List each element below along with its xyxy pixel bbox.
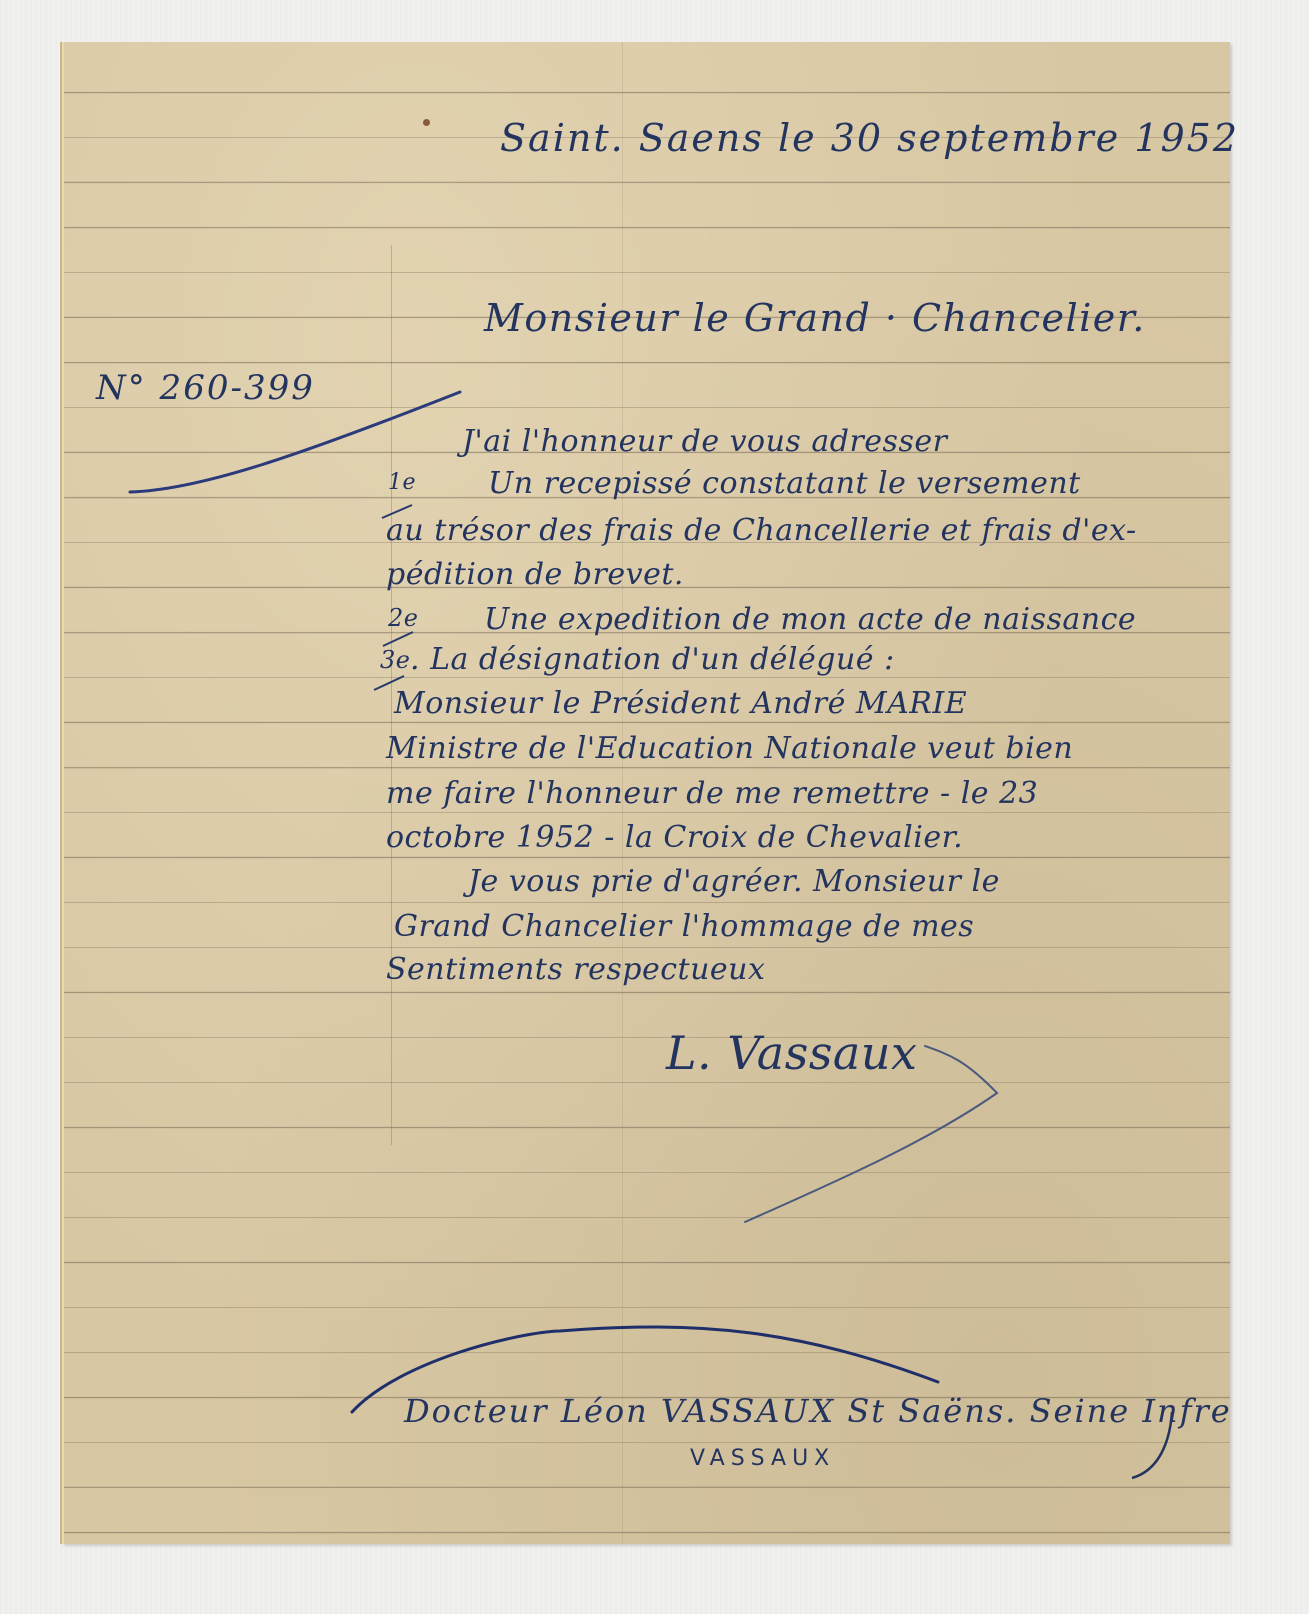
item-3-line-1: . La désignation d'un délégué : [410, 642, 895, 677]
name-repeat: VASSAUX [690, 1446, 835, 1471]
reference-number: N° 260-399 [96, 368, 315, 408]
item-3-line-5: octobre 1952 - la Croix de Chevalier. [386, 820, 963, 855]
item-1-line-2: au trésor des frais de Chancellerie et f… [386, 513, 1137, 548]
salutation: Monsieur le Grand · Chancelier. [484, 296, 1146, 340]
item-1-line-1: Un recepissé constatant le versement [488, 466, 1081, 501]
item-3-line-3: Ministre de l'Education Nationale veut b… [386, 731, 1073, 766]
body-intro: J'ai l'honneur de vous adresser [462, 424, 947, 459]
item-2-marker: 2e [388, 604, 418, 632]
signature: L. Vassaux [666, 1026, 917, 1080]
closing-line-2: Grand Chancelier l'hommage de mes [394, 909, 974, 944]
place-date: Saint. Saens le 30 septembre 1952 [500, 116, 1239, 160]
closing-line-3: Sentiments respectueux [386, 952, 765, 987]
item-2-line-1: Une expedition de mon acte de naissance [484, 602, 1136, 637]
item-3-marker: 3e [380, 646, 410, 674]
sender-line: Docteur Léon VASSAUX St Saëns. Seine Inf… [404, 1392, 1232, 1430]
closing-line-1: Je vous prie d'agréer. Monsieur le [468, 864, 1000, 899]
item-1-marker: 1e [388, 470, 416, 495]
item-3-line-2: Monsieur le Président André MARIE [394, 686, 967, 721]
ink-stain [423, 119, 430, 126]
item-1-line-3: pédition de brevet. [386, 557, 684, 592]
item-3-line-4: me faire l'honneur de me remettre - le 2… [386, 776, 1038, 811]
margin-rule [391, 245, 392, 1145]
